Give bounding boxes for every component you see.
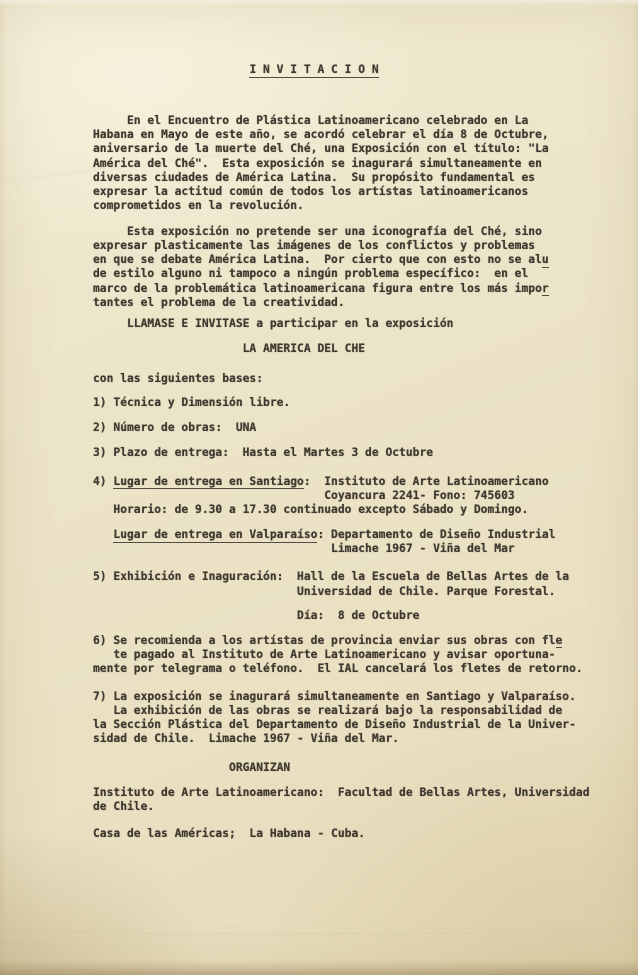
text-line: de Chile. [93, 800, 613, 814]
text-line: Día: 8 de Octubre [93, 609, 613, 623]
text-line: 3) Plazo de entrega: Hasta el Martes 3 d… [93, 446, 613, 460]
text-segment: diversas ciudades de América Latina. Su … [93, 171, 535, 184]
text-segment: Universidad de Chile. Parque Forestal. [93, 585, 556, 598]
text-line: expresar plasticamente las imágenes de l… [93, 239, 613, 253]
text-line: sidad de Chile. Limache 1967 - Viña del … [93, 732, 613, 746]
text-segment: aniversario de la muerte del Ché, una Ex… [93, 142, 549, 155]
text-segment: Horario: de 9.30 a 17.30 continuado exce… [93, 503, 528, 516]
text-line: Limache 1967 - Viña del Mar [93, 542, 613, 556]
text-segment: : Instituto de Arte Latinoamericano [304, 475, 549, 488]
text-segment: tantes el problema de la creatividad. [93, 296, 345, 309]
paper-bottom-shadow [0, 960, 638, 975]
text-line: expresar la actitud común de todos los a… [93, 185, 613, 199]
text-line: Esta exposición no pretende ser una icon… [93, 225, 613, 239]
document-title-line: I N V I T A C I O N [93, 63, 613, 77]
text-line: aniversario de la muerte del Ché, una Ex… [93, 142, 613, 156]
text-line: La exhibición de las obras se realizará … [93, 704, 613, 718]
text-line: 1) Técnica y Dimensión libre. [93, 396, 613, 410]
underlined-text: r [542, 282, 549, 297]
text-segment: te pagado al Instituto de Arte Latinoame… [93, 648, 556, 661]
underlined-text: u [542, 253, 549, 268]
text-line: 6) Se recomienda a los artístas de provi… [93, 634, 613, 648]
text-line: 5) Exhibición e Inaguración: Hall de la … [93, 570, 613, 584]
text-segment: marco de la problemática latinoamericana… [93, 282, 542, 295]
text-segment: Esta exposición no pretende ser una icon… [93, 225, 542, 238]
scanned-document-page: I N V I T A C I O N En el Encuentro de P… [0, 0, 638, 975]
paper-crease [0, 933, 638, 936]
document-body: I N V I T A C I O N En el Encuentro de P… [93, 63, 613, 841]
text-segment: 1) Técnica y Dimensión libre. [93, 396, 290, 409]
text-segment: con las siguientes bases: [93, 372, 263, 385]
text-segment: Limache 1967 - Viña del Mar [93, 542, 515, 555]
text-segment: LA AMERICA DEL CHE [93, 342, 365, 355]
text-segment: de Chile. [93, 800, 154, 813]
underlined-text: e [556, 634, 563, 649]
text-segment: LLAMASE E INVITASE a participar en la ex… [93, 317, 453, 330]
text-line: la Sección Plástica del Departamento de … [93, 718, 613, 732]
text-segment: La exhibición de las obras se realizará … [93, 704, 562, 717]
text-line: diversas ciudades de América Latina. Su … [93, 171, 613, 185]
text-segment: Día: 8 de Octubre [93, 609, 419, 622]
text-line: te pagado al Instituto de Arte Latinoame… [93, 648, 613, 662]
text-segment: 6) Se recomienda a los artístas de provi… [93, 634, 556, 647]
text-line: Lugar de entrega en Valparaíso: Departam… [93, 528, 613, 542]
text-line: Coyancura 2241- Fono: 745603 [93, 489, 613, 503]
text-line: Instituto de Arte Latinoamericano: Facul… [93, 786, 613, 800]
text-line: marco de la problemática latinoamericana… [93, 282, 613, 296]
text-segment: 5) Exhibición e Inaguración: Hall de la … [93, 570, 569, 583]
paper-top-edge-highlight [0, 0, 638, 6]
text-line: de estilo alguno ni tampoco a ningún pro… [93, 267, 613, 281]
text-segment [93, 63, 249, 76]
text-segment: En el Encuentro de Plástica Latinoameric… [93, 114, 528, 127]
text-line: Horario: de 9.30 a 17.30 continuado exce… [93, 503, 613, 517]
exhibition-title-line: LA AMERICA DEL CHE [93, 342, 613, 356]
text-line: LLAMASE E INVITASE a participar en la ex… [93, 317, 613, 331]
underlined-text: I N V I T A C I O N [249, 63, 378, 78]
text-segment: Casa de las Américas; La Habana - Cuba. [93, 827, 365, 840]
text-line: en que se debate América Latina. Por cie… [93, 253, 613, 267]
text-segment [93, 528, 113, 541]
text-segment: Habana en Mayo de este año, se acordó ce… [93, 128, 549, 141]
text-line: En el Encuentro de Plástica Latinoameric… [93, 114, 613, 128]
text-segment: comprometidos en la revolución. [93, 199, 304, 212]
text-segment: la Sección Plástica del Departamento de … [93, 718, 576, 731]
text-segment: 3) Plazo de entrega: Hasta el Martes 3 d… [93, 446, 433, 459]
text-line: Universidad de Chile. Parque Forestal. [93, 585, 613, 599]
text-line: tantes el problema de la creatividad. [93, 296, 613, 310]
text-segment: Coyancura 2241- Fono: 745603 [93, 489, 515, 502]
text-line: 4) Lugar de entrega en Santiago: Institu… [93, 475, 613, 489]
text-segment: Instituto de Arte Latinoamericano: Facul… [93, 786, 590, 799]
text-line: 7) La exposición se inagurará simultanea… [93, 690, 613, 704]
text-segment: 2) Número de obras: UNA [93, 421, 256, 434]
text-line: 2) Número de obras: UNA [93, 421, 613, 435]
text-segment: ORGANIZAN [93, 761, 290, 774]
text-segment: mente por telegrama o teléfono. El IAL c… [93, 662, 583, 675]
text-line: con las siguientes bases: [93, 372, 613, 386]
text-segment: 4) [93, 475, 113, 488]
text-line: mente por telegrama o teléfono. El IAL c… [93, 662, 613, 676]
text-segment: de estilo alguno ni tampoco a ningún pro… [93, 267, 528, 280]
organizers-heading-line: ORGANIZAN [93, 761, 613, 775]
text-segment: : Departamento de Diseño Industrial [317, 528, 555, 541]
text-segment: expresar plasticamente las imágenes de l… [93, 239, 535, 252]
underlined-text: Lugar de entrega en Valparaíso [113, 528, 317, 543]
text-segment: 7) La exposición se inagurará simultanea… [93, 690, 576, 703]
text-segment: en que se debate América Latina. Por cie… [93, 253, 542, 266]
text-segment: América del Ché". Esta exposición se ina… [93, 157, 542, 170]
text-segment: expresar la actitud común de todos los a… [93, 185, 528, 198]
text-segment: sidad de Chile. Limache 1967 - Viña del … [93, 732, 399, 745]
text-line: América del Ché". Esta exposición se ina… [93, 157, 613, 171]
underlined-text: Lugar de entrega en Santiago [113, 475, 303, 490]
text-line: Habana en Mayo de este año, se acordó ce… [93, 128, 613, 142]
text-line: Casa de las Américas; La Habana - Cuba. [93, 827, 613, 841]
text-line: comprometidos en la revolución. [93, 199, 613, 213]
